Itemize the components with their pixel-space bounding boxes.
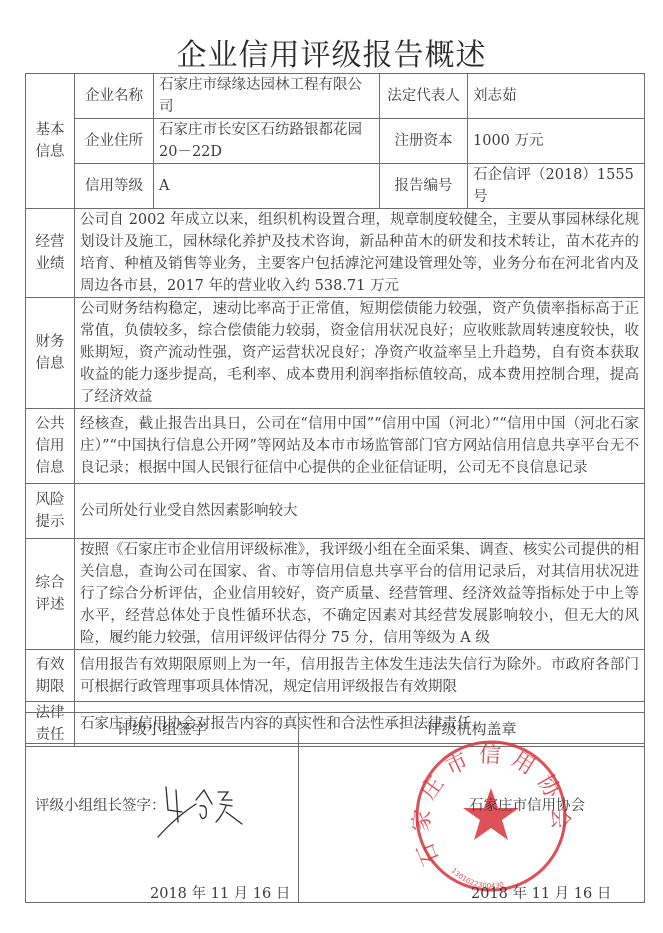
- signature-date: 2018 年 11 月 16 日: [150, 882, 290, 903]
- signature-section: 评级小组签字 评级机构盖章 评级小组组长签字： 2018 年: [25, 712, 644, 903]
- agency-name: 石家庄市信用协会: [469, 794, 585, 815]
- label-report-number: 报告编号: [380, 164, 468, 209]
- official-seal-icon: 石家庄市信用协会 1301022300430: [411, 736, 571, 896]
- table-row: 企业住所 石家庄市长安区石纺路银都花园20－22D 注册资本 1000 万元: [26, 119, 645, 164]
- rating-team-signature-cell: 评级小组组长签字： 2018 年 11 月 16 日: [26, 744, 299, 903]
- section-text-summary: 按照《石家庄市企业信用评级标准》，我评级小组在全面采集、调查、核实公司提供的相关…: [75, 539, 645, 650]
- value-registered-capital: 1000 万元: [468, 119, 645, 164]
- label-company-name: 企业名称: [75, 74, 154, 119]
- label-registered-capital: 注册资本: [380, 119, 468, 164]
- table-row: 经营业绩 公司自 2002 年成立以来，组织机构设置合理，规章制度较健全，主要从…: [26, 209, 645, 298]
- section-text-public-credit: 经核查，截止报告出具日，公司在“信用中国”“信用中国（河北）”“信用中国（河北石…: [75, 409, 645, 484]
- section-label-validity: 有效期限: [26, 650, 75, 702]
- table-row: 信用等级 A 报告编号 石企信评（2018）1555号: [26, 164, 645, 209]
- seal-date: 2018 年 11 月 16 日: [471, 882, 611, 903]
- value-credit-grade: A: [154, 164, 380, 209]
- table-row: 有效期限 信用报告有效期限原则上为一年，信用报告主体发生违法失信行为除外。市政府…: [26, 650, 645, 702]
- label-company-address: 企业住所: [75, 119, 154, 164]
- section-text-risk: 公司所处行业受自然因素影响较大: [75, 484, 645, 539]
- section-text-validity: 信用报告有效期限原则上为一年，信用报告主体发生违法失信行为除外。市政府各部门可根…: [75, 650, 645, 702]
- report-table: 基本 信息 企业名称 石家庄市绿缘达园林工程有限公司 法定代表人 刘志茹 企业住…: [25, 73, 645, 747]
- section-label-risk: 风险提示: [26, 484, 75, 539]
- table-row: 财务信息 公司财务结构稳定，速动比率高于正常值，短期偿债能力较强，资产负债率指标…: [26, 298, 645, 409]
- leader-signature-label: 评级小组组长签字：: [35, 794, 166, 815]
- label-legal-rep: 法定代表人: [380, 74, 468, 119]
- table-row: 公共信用信息 经核查，截止报告出具日，公司在“信用中国”“信用中国（河北）”“信…: [26, 409, 645, 484]
- rating-agency-seal-cell: 石家庄市信用协会 1301022300430 石家庄市信用协会 2018 年 1…: [299, 744, 645, 903]
- handwritten-signature-icon: [156, 782, 256, 842]
- rating-team-signature-header: 评级小组签字: [26, 713, 299, 744]
- page-title: 企业信用评级报告概述: [0, 30, 663, 74]
- section-label-business: 经营业绩: [26, 209, 75, 298]
- section-label-finance: 财务信息: [26, 298, 75, 409]
- label-credit-grade: 信用等级: [75, 164, 154, 209]
- section-label-summary: 综合评述: [26, 539, 75, 650]
- value-legal-rep: 刘志茹: [468, 74, 645, 119]
- section-label-basic-info: 基本 信息: [26, 74, 75, 209]
- section-label-public-credit: 公共信用信息: [26, 409, 75, 484]
- value-company-name: 石家庄市绿缘达园林工程有限公司: [154, 74, 380, 119]
- value-report-number: 石企信评（2018）1555号: [468, 164, 645, 209]
- value-company-address: 石家庄市长安区石纺路银都花园20－22D: [154, 119, 380, 164]
- section-text-business: 公司自 2002 年成立以来，组织机构设置合理，规章制度较健全，主要从事园林绿化…: [75, 209, 645, 298]
- table-row: 风险提示 公司所处行业受自然因素影响较大: [26, 484, 645, 539]
- table-row: 基本 信息 企业名称 石家庄市绿缘达园林工程有限公司 法定代表人 刘志茹: [26, 74, 645, 119]
- table-row: 综合评述 按照《石家庄市企业信用评级标准》，我评级小组在全面采集、调查、核实公司…: [26, 539, 645, 650]
- section-text-finance: 公司财务结构稳定，速动比率高于正常值，短期偿债能力较强，资产负债率指标高于正常值…: [75, 298, 645, 409]
